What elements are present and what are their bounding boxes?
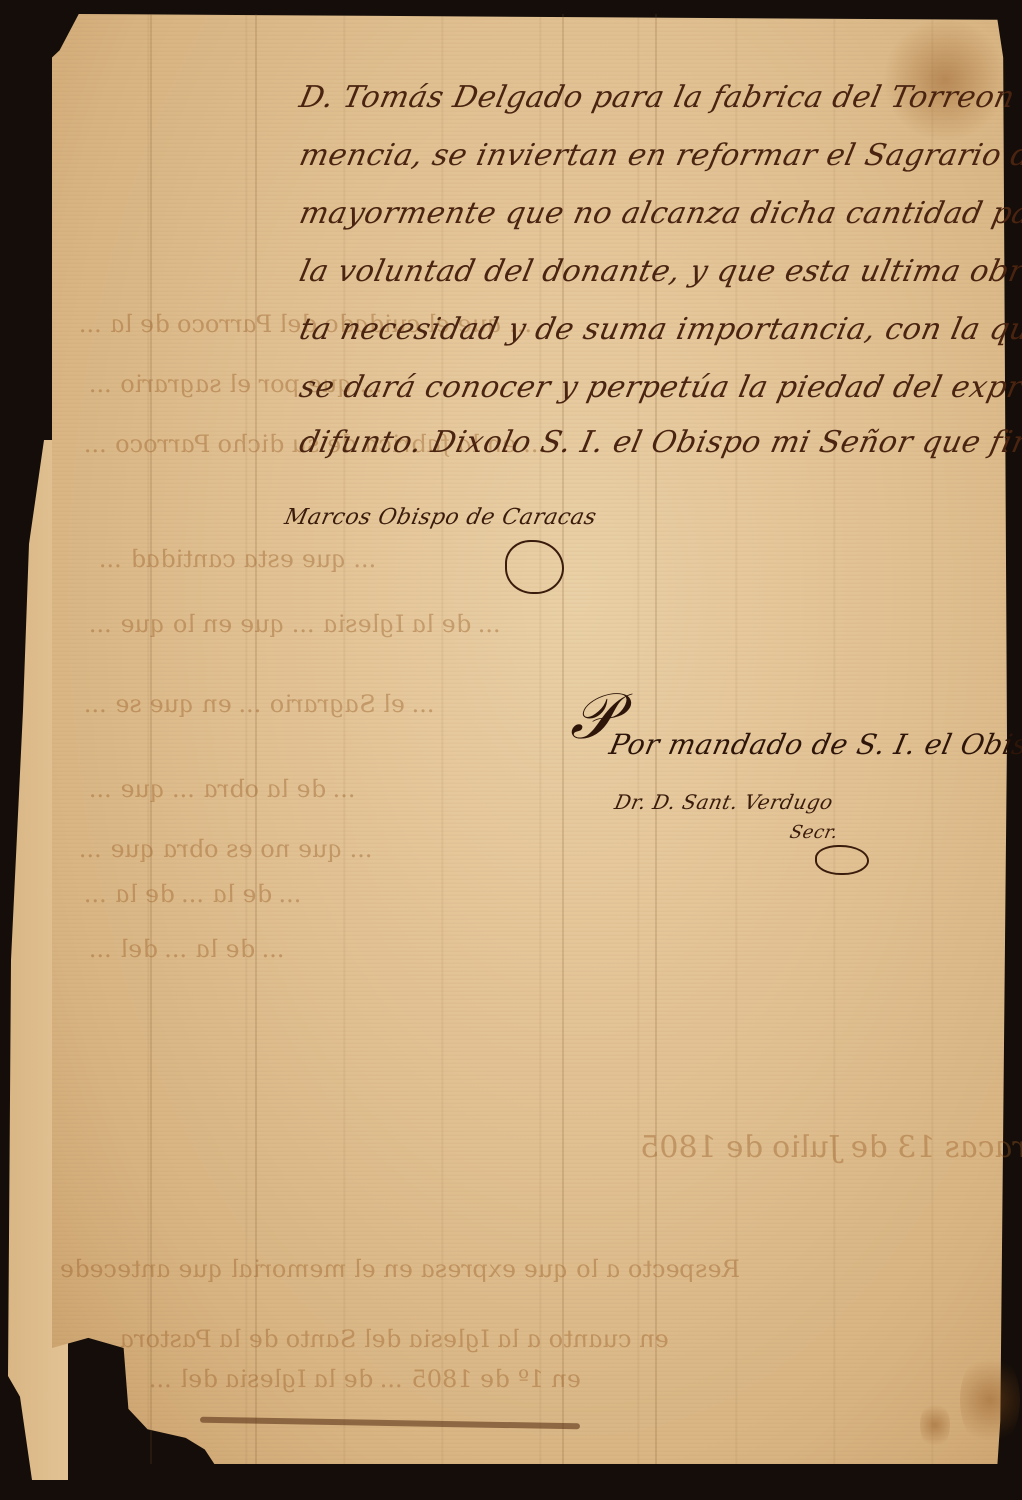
body-line-6: se dará conocer y perpetúa la piedad del… (296, 370, 1022, 405)
bleed-through-date: Caracas 13 de Julio de 1805 (637, 1130, 1022, 1165)
attestation-line: Por mandado de S. I. el Obispo mi Señor (606, 728, 1022, 761)
water-stain (920, 1400, 950, 1450)
secretary-title: Secr. (788, 822, 840, 843)
bleed-through-line: ... el Sagrario ... en que se ... (83, 690, 439, 718)
paper-fold-line (562, 14, 564, 1464)
bleed-through-line: ... que esta cantidad ... (98, 545, 380, 573)
body-line-1: D. Tomás Delgado para la fabrica del Tor… (296, 80, 1022, 115)
signature-rubric (505, 540, 564, 594)
bleed-through-line: en 1º de 1805 ... de la Iglesia del ... (148, 1365, 584, 1393)
bleed-through-line: ... de la Iglesia ... que en lo que ... (88, 610, 505, 638)
bishop-signature: Marcos Obispo de Caracas (282, 505, 599, 530)
bleed-through-line: Respecto a lo que expresa en el memorial… (58, 1255, 743, 1283)
paper-fold-line (255, 14, 257, 1464)
body-line-5: ta necesidad y de suma importancia, con … (296, 312, 1022, 347)
paper-fold-line (150, 14, 152, 1464)
bleed-through-line: ... de la obra ... que ... (88, 775, 360, 803)
secretary-signature: Dr. D. Sant. Verdugo (612, 790, 835, 814)
bleed-through-line: ... de la ... del ... (88, 935, 289, 963)
bleed-through-line: en cuanto a la Iglesia del Santo de la P… (118, 1325, 672, 1353)
water-stain (960, 1350, 1020, 1450)
body-line-2: mencia, se inviertan en reformar el Sagr… (296, 138, 1022, 173)
body-line-3: mayormente que no alcanza dicha cantidad… (296, 196, 1022, 231)
secretary-rubric (815, 845, 869, 875)
bleed-through-line: ... de la ... de la ... (83, 880, 305, 908)
body-line-7: difunto. Dixolo S. I. el Obispo mi Señor… (296, 425, 1022, 460)
bleed-through-line: ... que no es obra que ... (78, 835, 377, 863)
body-line-4: la voluntad del donante, y que esta ulti… (296, 254, 1022, 289)
photo-background: ... que el cuidado del Parroco de la ...… (0, 0, 1022, 1500)
